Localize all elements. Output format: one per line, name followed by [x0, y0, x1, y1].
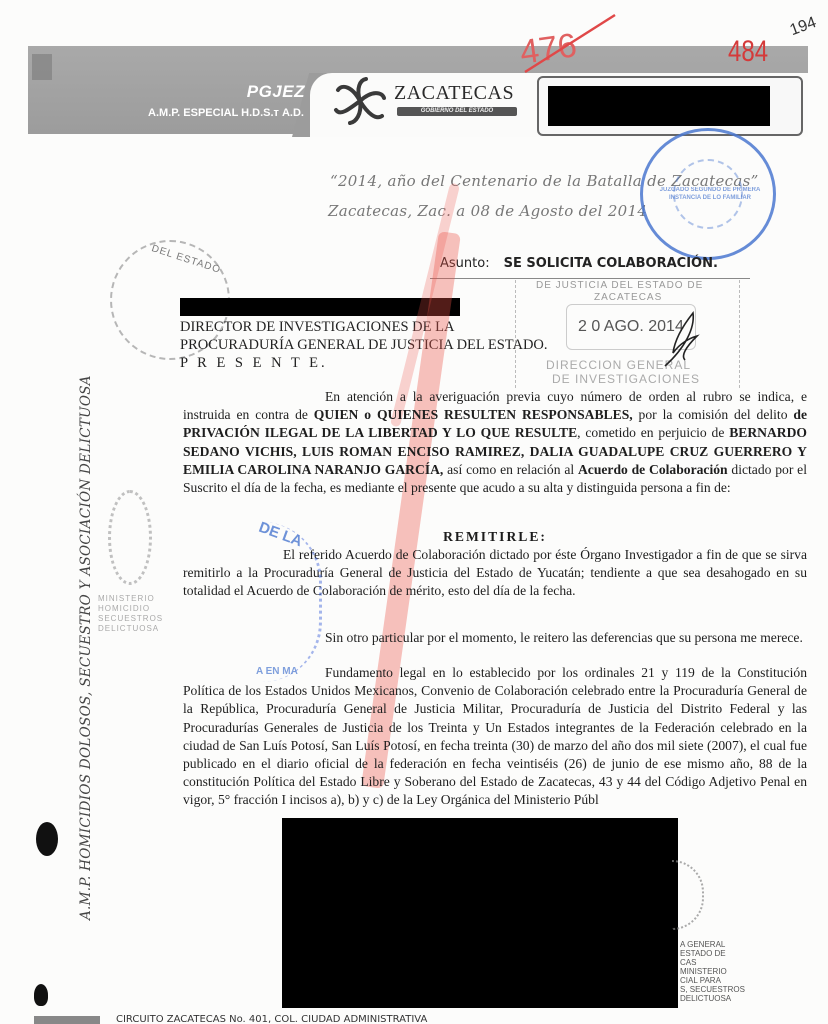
left-stamp-line2: HOMICIDIO: [98, 604, 150, 613]
br-stamp-line5: CIAL PARA: [680, 976, 745, 985]
p1-bold-accused: QUIEN o QUIENES RESULTEN RESPONSABLES,: [314, 407, 633, 422]
footer-bar: [34, 1016, 100, 1024]
br-stamp-line2: ESTADO DE: [680, 949, 745, 958]
blue-stamp-fragment-2: A EN MA: [256, 666, 298, 677]
scan-artifact: [32, 54, 52, 80]
agency-acronym: PGJEZ: [190, 82, 305, 102]
redaction-file-number: [548, 86, 770, 126]
recipient-line1: DIRECTOR DE INVESTIGACIONES DE LA: [180, 318, 548, 336]
blue-stamp-fragment-1: DE LA: [256, 519, 304, 550]
state-logo-subtitle: GOBIERNO DEL ESTADO: [397, 107, 517, 116]
left-ministry-stamp: MINISTERIO HOMICIDIO SECUESTROS DELICTUO…: [98, 490, 158, 630]
p1-text-mid2: , cometido en perjuicio de: [577, 425, 729, 440]
br-stamp-line1: A GENERAL: [680, 940, 745, 949]
court-seal-text: JUZGADO SEGUNDO DE PRIMERA INSTANCIA DE …: [650, 186, 770, 202]
footer-address: CIRCUITO ZACATECAS No. 401, COL. CIUDAD …: [116, 1014, 427, 1024]
document-page: PGJEZ A.M.P. ESPECIAL H.D.S.т A.D. ZACAT…: [0, 0, 828, 1024]
reception-stamp-line2: ZACATECAS: [594, 292, 662, 303]
paragraph-1: En atención a la averiguación previa cuy…: [183, 388, 807, 497]
place-date-line: Zacatecas, Zac. a 08 de Agosto del 2014: [328, 202, 647, 220]
recipient-line3: P R E S E N T E.: [180, 354, 548, 372]
br-stamp-line7: DELICTUOSA: [680, 994, 745, 1003]
bottom-right-stamp-text: A GENERAL ESTADO DE CAS MINISTERIO CIAL …: [680, 940, 745, 1003]
left-stamp-line1: MINISTERIO: [98, 594, 155, 603]
zacatecas-swirl-logo-icon: [332, 76, 388, 126]
punch-hole-mark-2: [34, 984, 48, 1006]
subject-underline: [430, 278, 750, 279]
left-stamp-line4: DELICTUOSA: [98, 624, 159, 633]
redaction-signature-block: [282, 818, 678, 1008]
paragraph-4: Fundamento legal en lo establecido por l…: [183, 664, 807, 810]
p1-text-mid1: por la comisión del delito: [633, 407, 794, 422]
p4-text: Fundamento legal en lo establecido por l…: [183, 665, 807, 807]
br-stamp-line3: CAS: [680, 958, 745, 967]
reception-stamp: DE JUSTICIA DEL ESTADO DE ZACATECAS 2 0 …: [515, 280, 740, 388]
br-stamp-line6: S, SECUESTROS: [680, 985, 745, 994]
side-office-label: A.M.P. HOMICIDIOS DOLOSOS, SECUESTRO Y A…: [78, 375, 94, 920]
br-stamp-line4: MINISTERIO: [680, 967, 745, 976]
subject-line: Asunto:SE SOLICITA COLABORACIÓN.: [440, 256, 718, 271]
state-logo-name: ZACATECAS: [394, 82, 514, 105]
strike-through-mark-icon: [520, 10, 620, 80]
recipient-line2: PROCURADURÍA GENERAL DE JUSTICIA DEL EST…: [180, 336, 548, 354]
signature-scribble-icon: [655, 308, 705, 370]
agency-unit: A.M.P. ESPECIAL H.D.S.т A.D.: [64, 107, 304, 119]
punch-hole-mark: [36, 822, 58, 856]
handwritten-page-number: 484: [728, 35, 768, 70]
subject-value: SE SOLICITA COLABORACIÓN.: [504, 256, 718, 271]
reception-stamp-line4: DE INVESTIGACIONES: [552, 372, 700, 386]
recipient-block: DIRECTOR DE INVESTIGACIONES DE LA PROCUR…: [180, 318, 548, 372]
bottom-right-seal: [672, 860, 704, 930]
left-stamp-line3: SECUESTROS: [98, 614, 163, 623]
handwritten-corner-number: 194: [788, 14, 819, 40]
reception-stamp-line1: DE JUSTICIA DEL ESTADO DE: [536, 280, 703, 291]
p1-text-mid3: así como en relación al: [443, 462, 578, 477]
p3-text: Sin otro particular por el momento, le r…: [325, 630, 803, 645]
p1-bold-agreement: Acuerdo de Colaboración: [578, 462, 728, 477]
